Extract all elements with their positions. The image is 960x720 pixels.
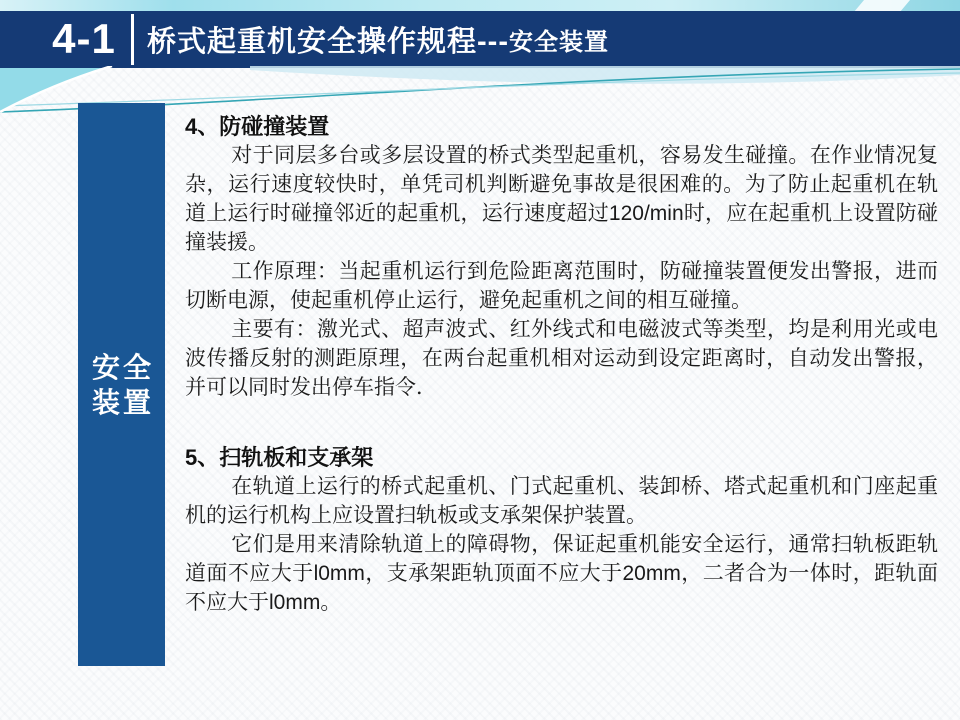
top-ribbon-decoration [0, 0, 960, 11]
section-paragraph: 主要有：激光式、超声波式、红外线式和电磁波式等类型，均是利用光或电波传播反射的测… [185, 315, 938, 402]
presentation-slide: 4-1 桥式起重机安全操作规程--- 安全装置 安全 装置 4、防碰撞装置 对于… [0, 0, 960, 720]
section-paragraph: 对于同层多台或多层设置的桥式类型起重机，容易发生碰撞。在作业情况复杂，运行速度较… [185, 141, 938, 257]
slide-title-suffix: 安全装置 [509, 22, 609, 57]
sidebar-label-line2: 装置 [81, 385, 165, 420]
header-divider [131, 14, 134, 65]
section-paragraph: 在轨道上运行的桥式起重机、门式起重机、装卸桥、塔式起重机和门座起重机的运行机构上… [185, 472, 938, 530]
section-anti-collision: 4、防碰撞装置 对于同层多台或多层设置的桥式类型起重机，容易发生碰撞。在作业情况… [185, 112, 938, 402]
slide-number-badge: 4-1 [34, 11, 134, 68]
section-paragraph: 工作原理：当起重机运行到危险距离范围时，防碰撞装置便发出警报，进而切断电源，使起… [185, 257, 938, 315]
header-bar: 4-1 桥式起重机安全操作规程--- 安全装置 [0, 11, 960, 68]
sidebar-label-line1: 安全 [81, 350, 165, 385]
section-rail-sweeper: 5、扫轨板和支承架 在轨道上运行的桥式起重机、门式起重机、装卸桥、塔式起重机和门… [185, 443, 938, 617]
sidebar-tab-safety-devices: 安全 装置 [78, 103, 165, 666]
section-heading: 4、防碰撞装置 [185, 112, 938, 141]
sidebar-label: 安全 装置 [78, 350, 165, 420]
slide-title: 桥式起重机安全操作规程--- 安全装置 [147, 11, 952, 68]
section-paragraph: 它们是用来清除轨道上的障碍物，保证起重机能安全运行，通常扫轨板距轨道面不应大于l… [185, 530, 938, 617]
section-heading: 5、扫轨板和支承架 [185, 443, 938, 472]
slide-body: 4、防碰撞装置 对于同层多台或多层设置的桥式类型起重机，容易发生碰撞。在作业情况… [185, 112, 938, 617]
slide-title-main: 桥式起重机安全操作规程--- [147, 19, 509, 60]
